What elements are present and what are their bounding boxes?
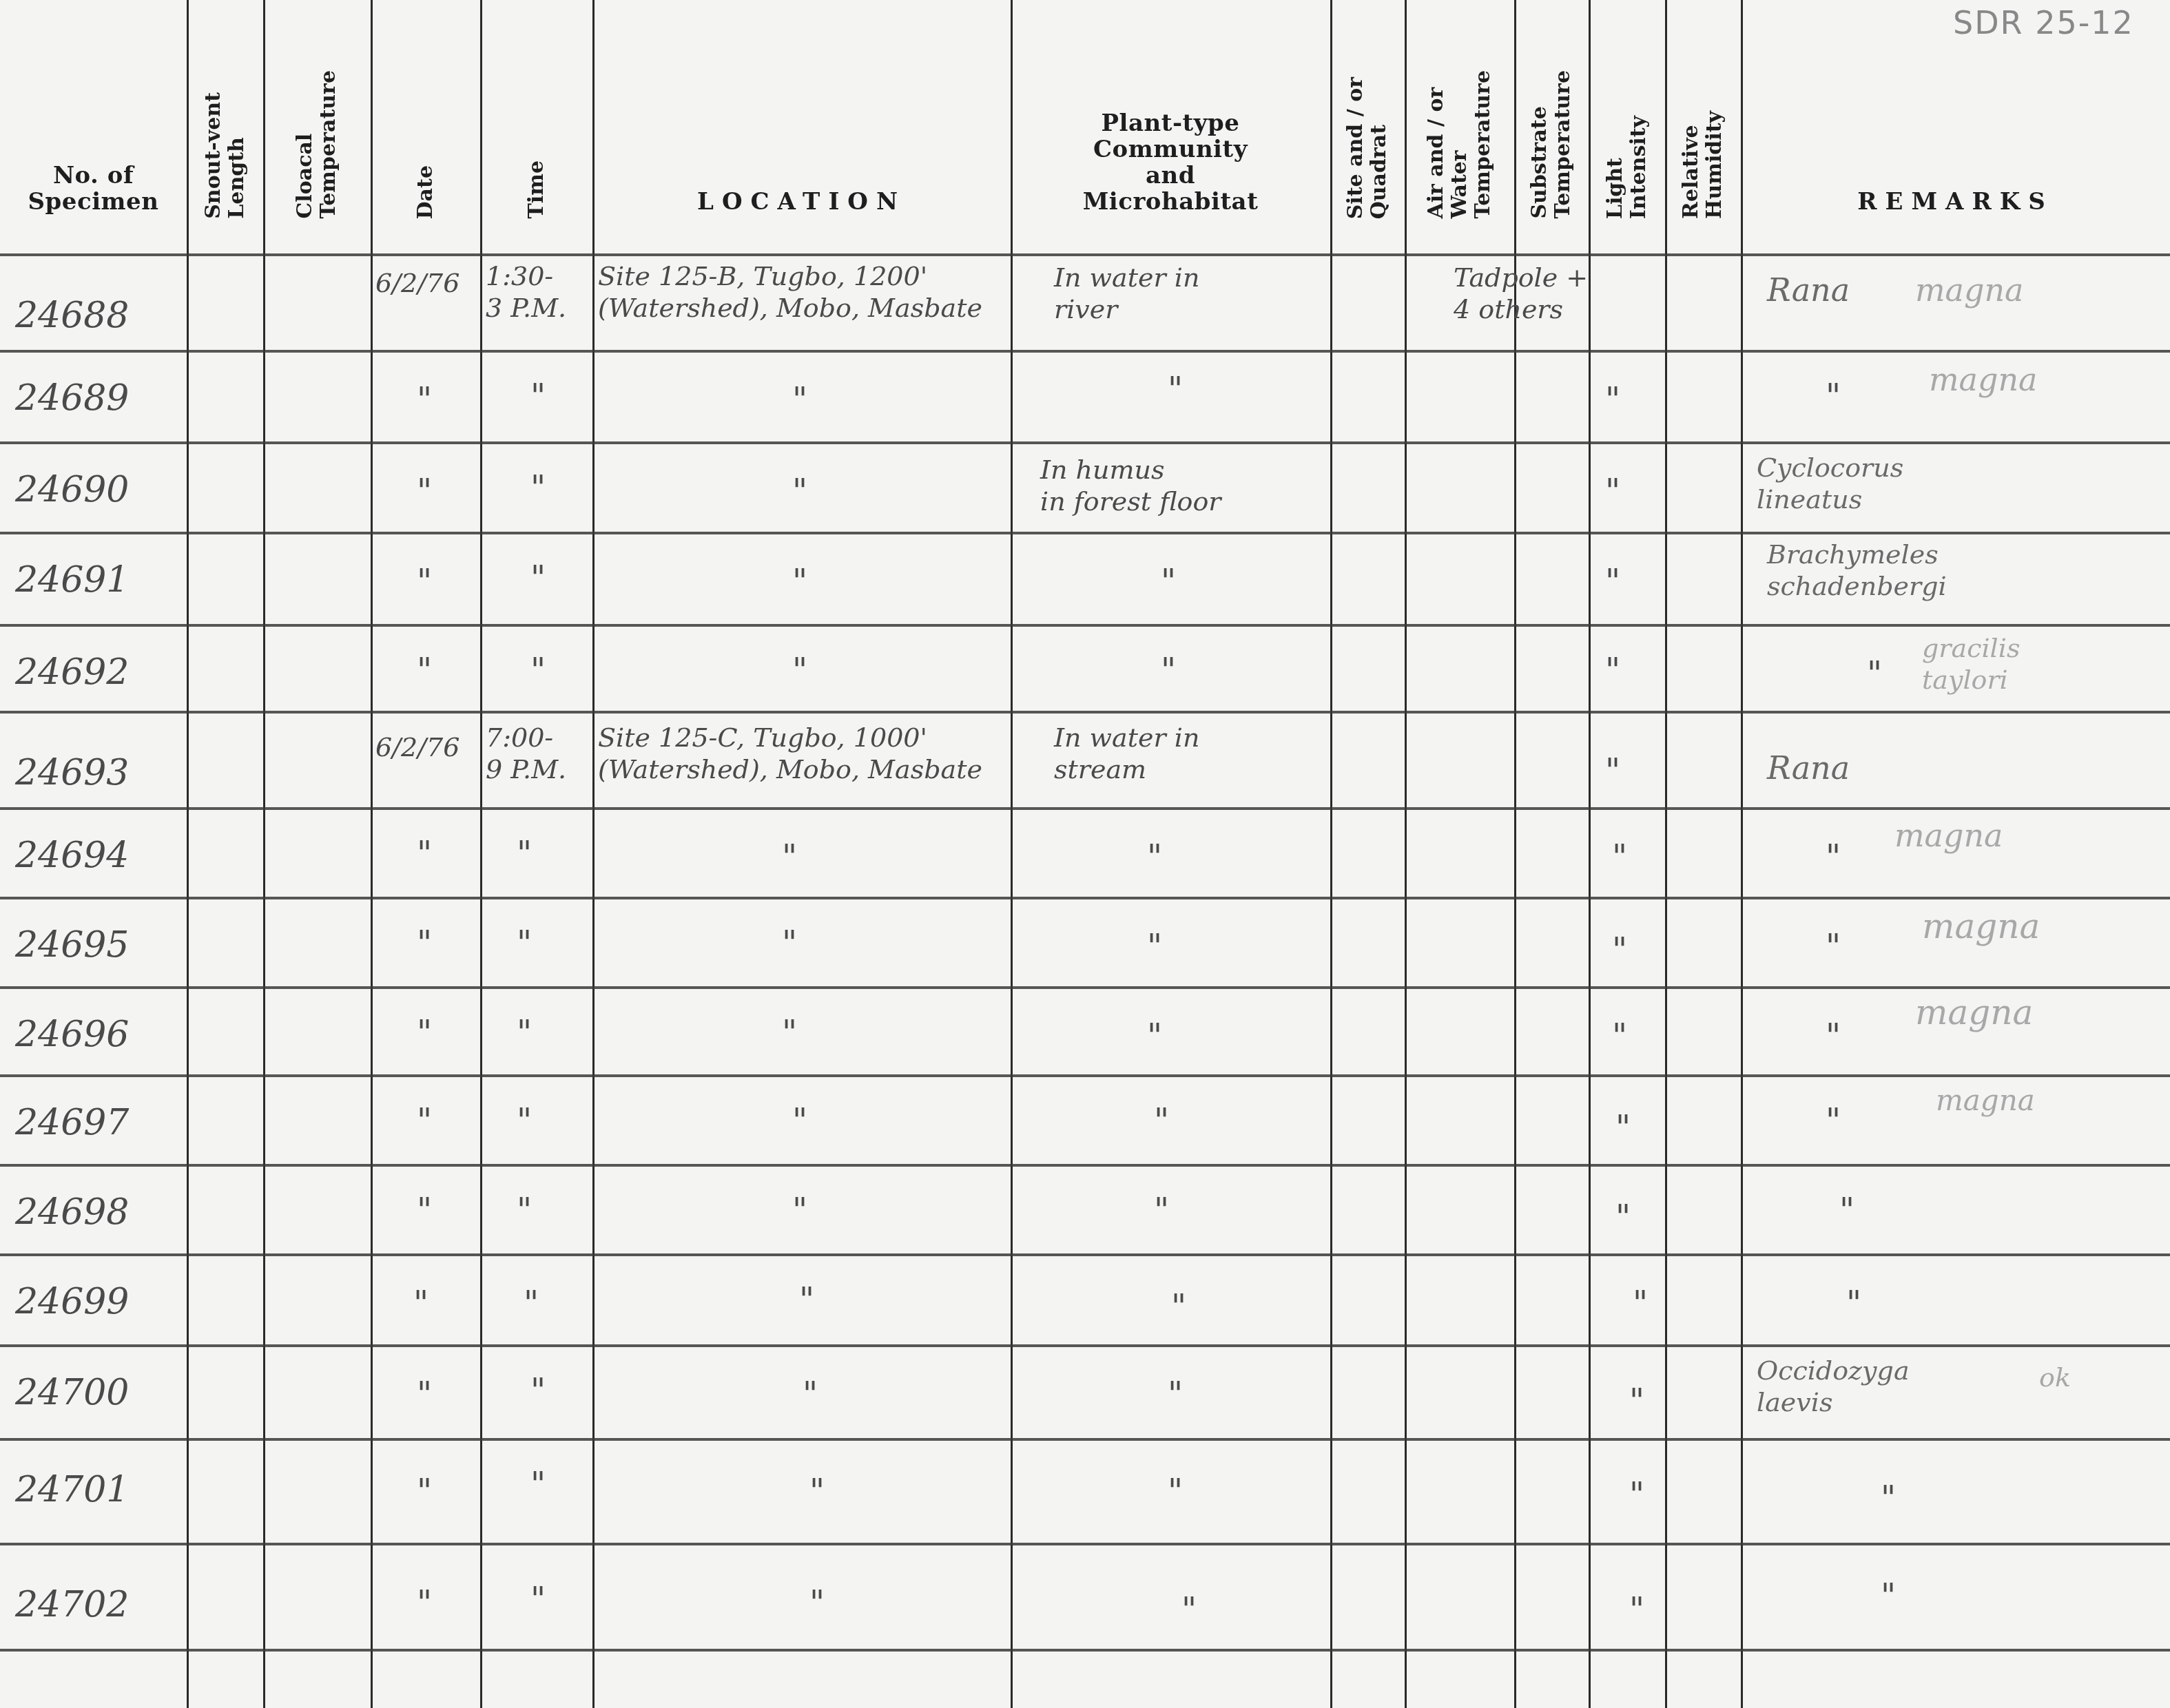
microhabitat-cell: "	[1147, 928, 1162, 966]
microhabitat-cell: "	[1154, 1102, 1169, 1141]
location-cell: "	[792, 1102, 807, 1141]
microhabitat-cell: "	[1168, 371, 1183, 409]
remarks-cell: Occidozyga laevis	[1757, 1355, 1910, 1418]
microhabitat-cell: In water in stream	[1054, 722, 1199, 785]
table-row: 24690 " " " In humus in forest floor " C…	[0, 441, 2170, 532]
table-row: 24689 " " " " " " magna	[0, 350, 2170, 441]
table-row: 24699 " " " " " "	[0, 1253, 2170, 1344]
remarks-cell: "	[1846, 1284, 1861, 1323]
time-cell: "	[530, 1581, 546, 1619]
remarks-cell: "	[1826, 377, 1841, 416]
location-cell: "	[803, 1375, 818, 1414]
date-cell: "	[417, 1584, 432, 1623]
remarks-annotation: magna	[1929, 364, 2038, 395]
date-cell: "	[417, 563, 432, 601]
remarks-cell: "	[1881, 1479, 1896, 1518]
microhabitat-cell: "	[1147, 1017, 1162, 1056]
location-cell: Site 125-B, Tugbo, 1200' (Watershed), Mo…	[598, 260, 982, 324]
date-cell: "	[417, 835, 432, 873]
microhabitat-cell: In water in river	[1054, 262, 1199, 325]
table-row: 24688 6/2/76 1:30- 3 P.M. Site 125-B, Tu…	[0, 253, 2170, 350]
microhabitat-cell: In humus in forest floor	[1040, 454, 1221, 517]
remarks-annotation: ok	[2039, 1362, 2071, 1393]
time-cell: "	[530, 1372, 546, 1410]
light-cell: "	[1605, 652, 1620, 690]
microhabitat-cell: "	[1161, 563, 1176, 601]
specimen-number: 24702	[15, 1584, 129, 1625]
microhabitat-cell: "	[1161, 652, 1176, 690]
location-cell: "	[792, 563, 807, 601]
table-row: 24702 " " " " " "	[0, 1543, 2170, 1649]
location-cell: "	[792, 472, 807, 511]
location-cell: Site 125-C, Tugbo, 1000' (Watershed), Mo…	[598, 722, 982, 785]
spanning-note: Tadpole + 4 others	[1454, 262, 1588, 325]
date-cell: "	[417, 1191, 432, 1230]
specimen-number: 24700	[15, 1372, 129, 1413]
specimen-number: 24698	[15, 1191, 129, 1233]
header-time: Time	[480, 0, 592, 253]
remarks-annotation: magna	[1915, 274, 2024, 306]
header-light-intensity: Light Intensity	[1589, 0, 1665, 253]
date-cell: 6/2/76	[375, 267, 459, 299]
specimen-number: 24701	[15, 1469, 129, 1510]
microhabitat-cell: "	[1168, 1375, 1183, 1414]
specimen-field-sheet: SDR 25-12 No. of Specimen Snout-vent Len…	[0, 0, 2170, 1708]
light-cell: "	[1605, 563, 1620, 601]
date-cell: "	[417, 924, 432, 963]
remarks-cell: "	[1867, 655, 1882, 694]
header-remarks: REMARKS	[1741, 0, 2170, 253]
time-cell: "	[530, 469, 546, 508]
row-rule	[0, 1649, 2170, 1652]
remarks-cell: "	[1826, 838, 1841, 877]
light-cell: "	[1605, 381, 1620, 419]
light-cell: "	[1612, 1017, 1627, 1056]
date-cell: 6/2/76	[375, 731, 459, 763]
microhabitat-cell: "	[1181, 1591, 1197, 1629]
time-cell: "	[517, 924, 532, 963]
location-cell: "	[782, 1014, 797, 1052]
date-cell: "	[417, 652, 432, 690]
specimen-number: 24695	[15, 924, 129, 966]
date-cell: "	[413, 1284, 428, 1323]
date-cell: "	[417, 1102, 432, 1141]
remarks-cell: Brachymeles schadenbergi	[1767, 539, 1947, 602]
table-row: 24694 " " " " " " magna	[0, 807, 2170, 897]
time-cell: 7:00- 9 P.M.	[486, 722, 566, 785]
remarks-annotation: gracilis taylori	[1922, 632, 2020, 696]
table-row: 24692 " " " " " " gracilis taylori	[0, 624, 2170, 711]
time-cell: "	[517, 1102, 532, 1141]
light-cell: "	[1629, 1382, 1644, 1421]
header-site-quadrat: Site and / or Quadrat	[1330, 0, 1405, 253]
location-cell: "	[792, 652, 807, 690]
time-cell: "	[517, 835, 532, 873]
location-cell: "	[792, 1191, 807, 1230]
time-cell: "	[530, 1466, 546, 1504]
specimen-number: 24697	[15, 1102, 129, 1143]
location-cell: "	[799, 1281, 814, 1320]
time-cell: "	[517, 1014, 532, 1052]
date-cell: "	[417, 381, 432, 419]
remarks-cell: "	[1826, 928, 1841, 966]
specimen-number: 24693	[15, 752, 129, 793]
header-substrate-temperature: Substrate Temperature	[1514, 0, 1589, 253]
table-row: 24695 " " " " " " magna	[0, 897, 2170, 986]
light-cell: "	[1612, 931, 1627, 970]
time-cell: "	[524, 1284, 539, 1323]
specimen-number: 24699	[15, 1281, 129, 1322]
table-row: 24698 " " " " " "	[0, 1164, 2170, 1253]
light-cell: "	[1629, 1476, 1644, 1514]
table-row: 24691 " " " " " Brachymeles schadenbergi	[0, 532, 2170, 624]
microhabitat-cell: "	[1154, 1191, 1169, 1230]
table-row: 24693 6/2/76 7:00- 9 P.M. Site 125-C, Tu…	[0, 711, 2170, 807]
light-cell: "	[1629, 1591, 1644, 1629]
table-row: 24701 " " " " " "	[0, 1438, 2170, 1543]
specimen-number: 24696	[15, 1014, 129, 1055]
remarks-annotation: magna	[1915, 997, 2033, 1028]
microhabitat-cell: "	[1171, 1288, 1186, 1326]
date-cell: "	[417, 472, 432, 511]
time-cell: "	[517, 1191, 532, 1230]
location-cell: "	[792, 381, 807, 419]
remarks-cell: "	[1839, 1191, 1854, 1230]
remarks-cell: "	[1826, 1102, 1841, 1141]
table-row: 24696 " " " " " " magna	[0, 986, 2170, 1074]
specimen-number: 24694	[15, 835, 129, 876]
time-cell: "	[530, 377, 546, 416]
date-cell: "	[417, 1375, 432, 1414]
location-cell: "	[809, 1584, 825, 1623]
remarks-cell: "	[1826, 1017, 1841, 1056]
header-snout-vent-length: Snout-vent Length	[187, 0, 263, 253]
header-specimen: No. of Specimen	[0, 0, 187, 253]
header-cloacal-temperature: Cloacal Temperature	[263, 0, 371, 253]
microhabitat-cell: "	[1168, 1472, 1183, 1511]
remarks-cell: Rana	[1767, 752, 1850, 784]
specimen-number: 24689	[15, 377, 129, 419]
date-cell: "	[417, 1472, 432, 1511]
specimen-number: 24688	[15, 295, 129, 336]
header-air-water-temperature: Air and / or Water Temperature	[1405, 0, 1514, 253]
time-cell: "	[530, 652, 546, 690]
light-cell: "	[1605, 472, 1620, 511]
location-cell: "	[809, 1472, 825, 1511]
specimen-number: 24690	[15, 469, 129, 510]
header-plant-type: Plant-type Community and Microhabitat	[1011, 0, 1330, 253]
location-cell: "	[782, 838, 797, 877]
light-cell: "	[1612, 838, 1627, 877]
light-cell: "	[1605, 752, 1620, 791]
microhabitat-cell: "	[1147, 838, 1162, 877]
date-cell: "	[417, 1014, 432, 1052]
remarks-cell: "	[1881, 1577, 1896, 1616]
time-cell: 1:30- 3 P.M.	[486, 260, 566, 324]
light-cell: "	[1633, 1284, 1648, 1323]
remarks-annotation: magna	[1894, 820, 2003, 851]
time-cell: "	[530, 559, 546, 598]
table-row: 24700 " " " " " Occidozyga laevis ok	[0, 1344, 2170, 1438]
specimen-number: 24691	[15, 559, 129, 601]
remarks-annotation: magna	[1936, 1085, 2035, 1116]
remarks-annotation: magna	[1922, 910, 2040, 942]
remarks-cell: Cyclocorus lineatus	[1757, 452, 1903, 515]
header-relative-humidity: Relative Humidity	[1665, 0, 1741, 253]
light-cell: "	[1615, 1198, 1631, 1237]
remarks-cell: Rana	[1767, 274, 1850, 306]
header-date: Date	[371, 0, 480, 253]
light-cell: "	[1615, 1109, 1631, 1147]
specimen-number: 24692	[15, 652, 129, 693]
table-row: 24697 " " " " " " magna	[0, 1074, 2170, 1164]
location-cell: "	[782, 924, 797, 963]
header-location: LOCATION	[592, 0, 1011, 253]
